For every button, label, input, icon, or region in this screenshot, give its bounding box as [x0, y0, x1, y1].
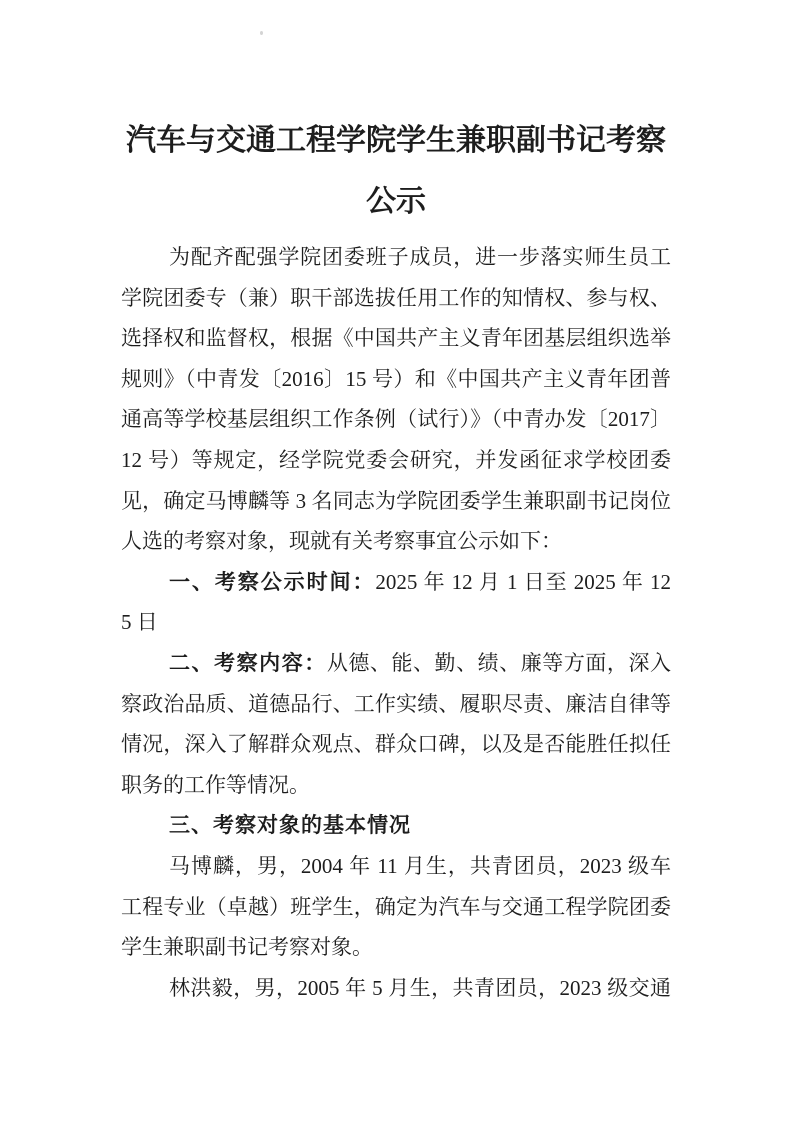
document-title-line-2: 公示 [121, 171, 671, 232]
line-text: 学生兼职副书记考察对象。 [121, 935, 373, 959]
line-text: 人选的考察对象，现就有关考察事宜公示如下： [121, 529, 562, 553]
line-text: 通高等学校基层组织工作条例（试行）》（中青办发〔2017〕 [121, 407, 671, 431]
document-line: 职务的工作等情况。 [121, 765, 671, 806]
document-line: 选择权和监督权，根据《中国共产主义青年团基层组织选举 [121, 318, 671, 359]
document-line: 情况，深入了解群众观点、群众口碑，以及是否能胜任拟任 [121, 724, 671, 765]
line-text: 工程专业（卓越）班学生，确定为汽车与交通工程学院团委 [121, 895, 671, 919]
line-text: 马博麟，男，2004 年 11 月生，共青团员，2023 级车辆 [169, 854, 671, 887]
line-text: 职务的工作等情况。 [121, 773, 310, 797]
line-text: 察政治品质、道德品行、工作实绩、履职尽责、廉洁自律等 [121, 692, 671, 716]
document-title: 汽车与交通工程学院学生兼职副书记考察 公示 [121, 110, 671, 232]
document-line: 见，确定马博麟等 3 名同志为学院团委学生兼职副书记岗位 [121, 481, 671, 522]
document-line: 学生兼职副书记考察对象。 [121, 927, 671, 968]
line-text: 规则》（中青发〔2016〕15 号）和《中国共产主义青年团普 [121, 367, 671, 391]
line-text: 林洪毅，男，2005 年 5 月生，共青团员，2023 级交通运 [169, 976, 671, 1009]
section-heading-3: 三、考察对象的基本情况 [169, 814, 411, 837]
document-line: 学院团委专（兼）职干部选拔任用工作的知情权、参与权、 [121, 278, 671, 319]
document-line: 人选的考察对象，现就有关考察事宜公示如下： [121, 521, 671, 562]
line-text: 选择权和监督权，根据《中国共产主义青年团基层组织选举 [121, 326, 671, 350]
line-text: 情况，深入了解群众观点、群众口碑，以及是否能胜任拟任 [121, 732, 671, 756]
document-line: 一、考察公示时间：2025 年 12 月 1 日至 2025 年 12 月 [121, 562, 671, 603]
document-line: 马博麟，男，2004 年 11 月生，共青团员，2023 级车辆 [121, 846, 671, 887]
line-text: 5 日 [121, 610, 158, 634]
document-line: 为配齐配强学院团委班子成员，进一步落实师生员工对 [121, 237, 671, 278]
scan-artifact-speck [260, 31, 263, 35]
document-line: 工程专业（卓越）班学生，确定为汽车与交通工程学院团委 [121, 887, 671, 928]
document-line: 察政治品质、道德品行、工作实绩、履职尽责、廉洁自律等 [121, 684, 671, 725]
document-title-line-1: 汽车与交通工程学院学生兼职副书记考察 [121, 110, 671, 171]
document-line: 二、考察内容：从德、能、勤、绩、廉等方面，深入考 [121, 643, 671, 684]
document-line: 林洪毅，男，2005 年 5 月生，共青团员，2023 级交通运 [121, 968, 671, 1009]
document-line: 12 号）等规定，经学院党委会研究，并发函征求学校团委意 [121, 440, 671, 481]
document-line: 三、考察对象的基本情况 [121, 805, 671, 846]
document-line: 5 日 [121, 602, 671, 643]
scanned-document-page: 汽车与交通工程学院学生兼职副书记考察 公示 为配齐配强学院团委班子成员，进一步落… [0, 0, 793, 1122]
line-text: 学院团委专（兼）职干部选拔任用工作的知情权、参与权、 [121, 286, 671, 310]
section-heading-1: 一、考察公示时间： [169, 571, 375, 594]
line-text: 见，确定马博麟等 3 名同志为学院团委学生兼职副书记岗位 [121, 489, 671, 513]
document-line: 通高等学校基层组织工作条例（试行）》（中青办发〔2017〕 [121, 399, 671, 440]
section-heading-2: 二、考察内容： [169, 652, 327, 675]
document-line: 规则》（中青发〔2016〕15 号）和《中国共产主义青年团普 [121, 359, 671, 400]
line-text: 12 号）等规定，经学院党委会研究，并发函征求学校团委意 [121, 448, 671, 481]
document-body: 为配齐配强学院团委班子成员，进一步落实师生员工对 学院团委专（兼）职干部选拔任用… [121, 237, 671, 1008]
line-text: 为配齐配强学院团委班子成员，进一步落实师生员工对 [169, 245, 671, 278]
